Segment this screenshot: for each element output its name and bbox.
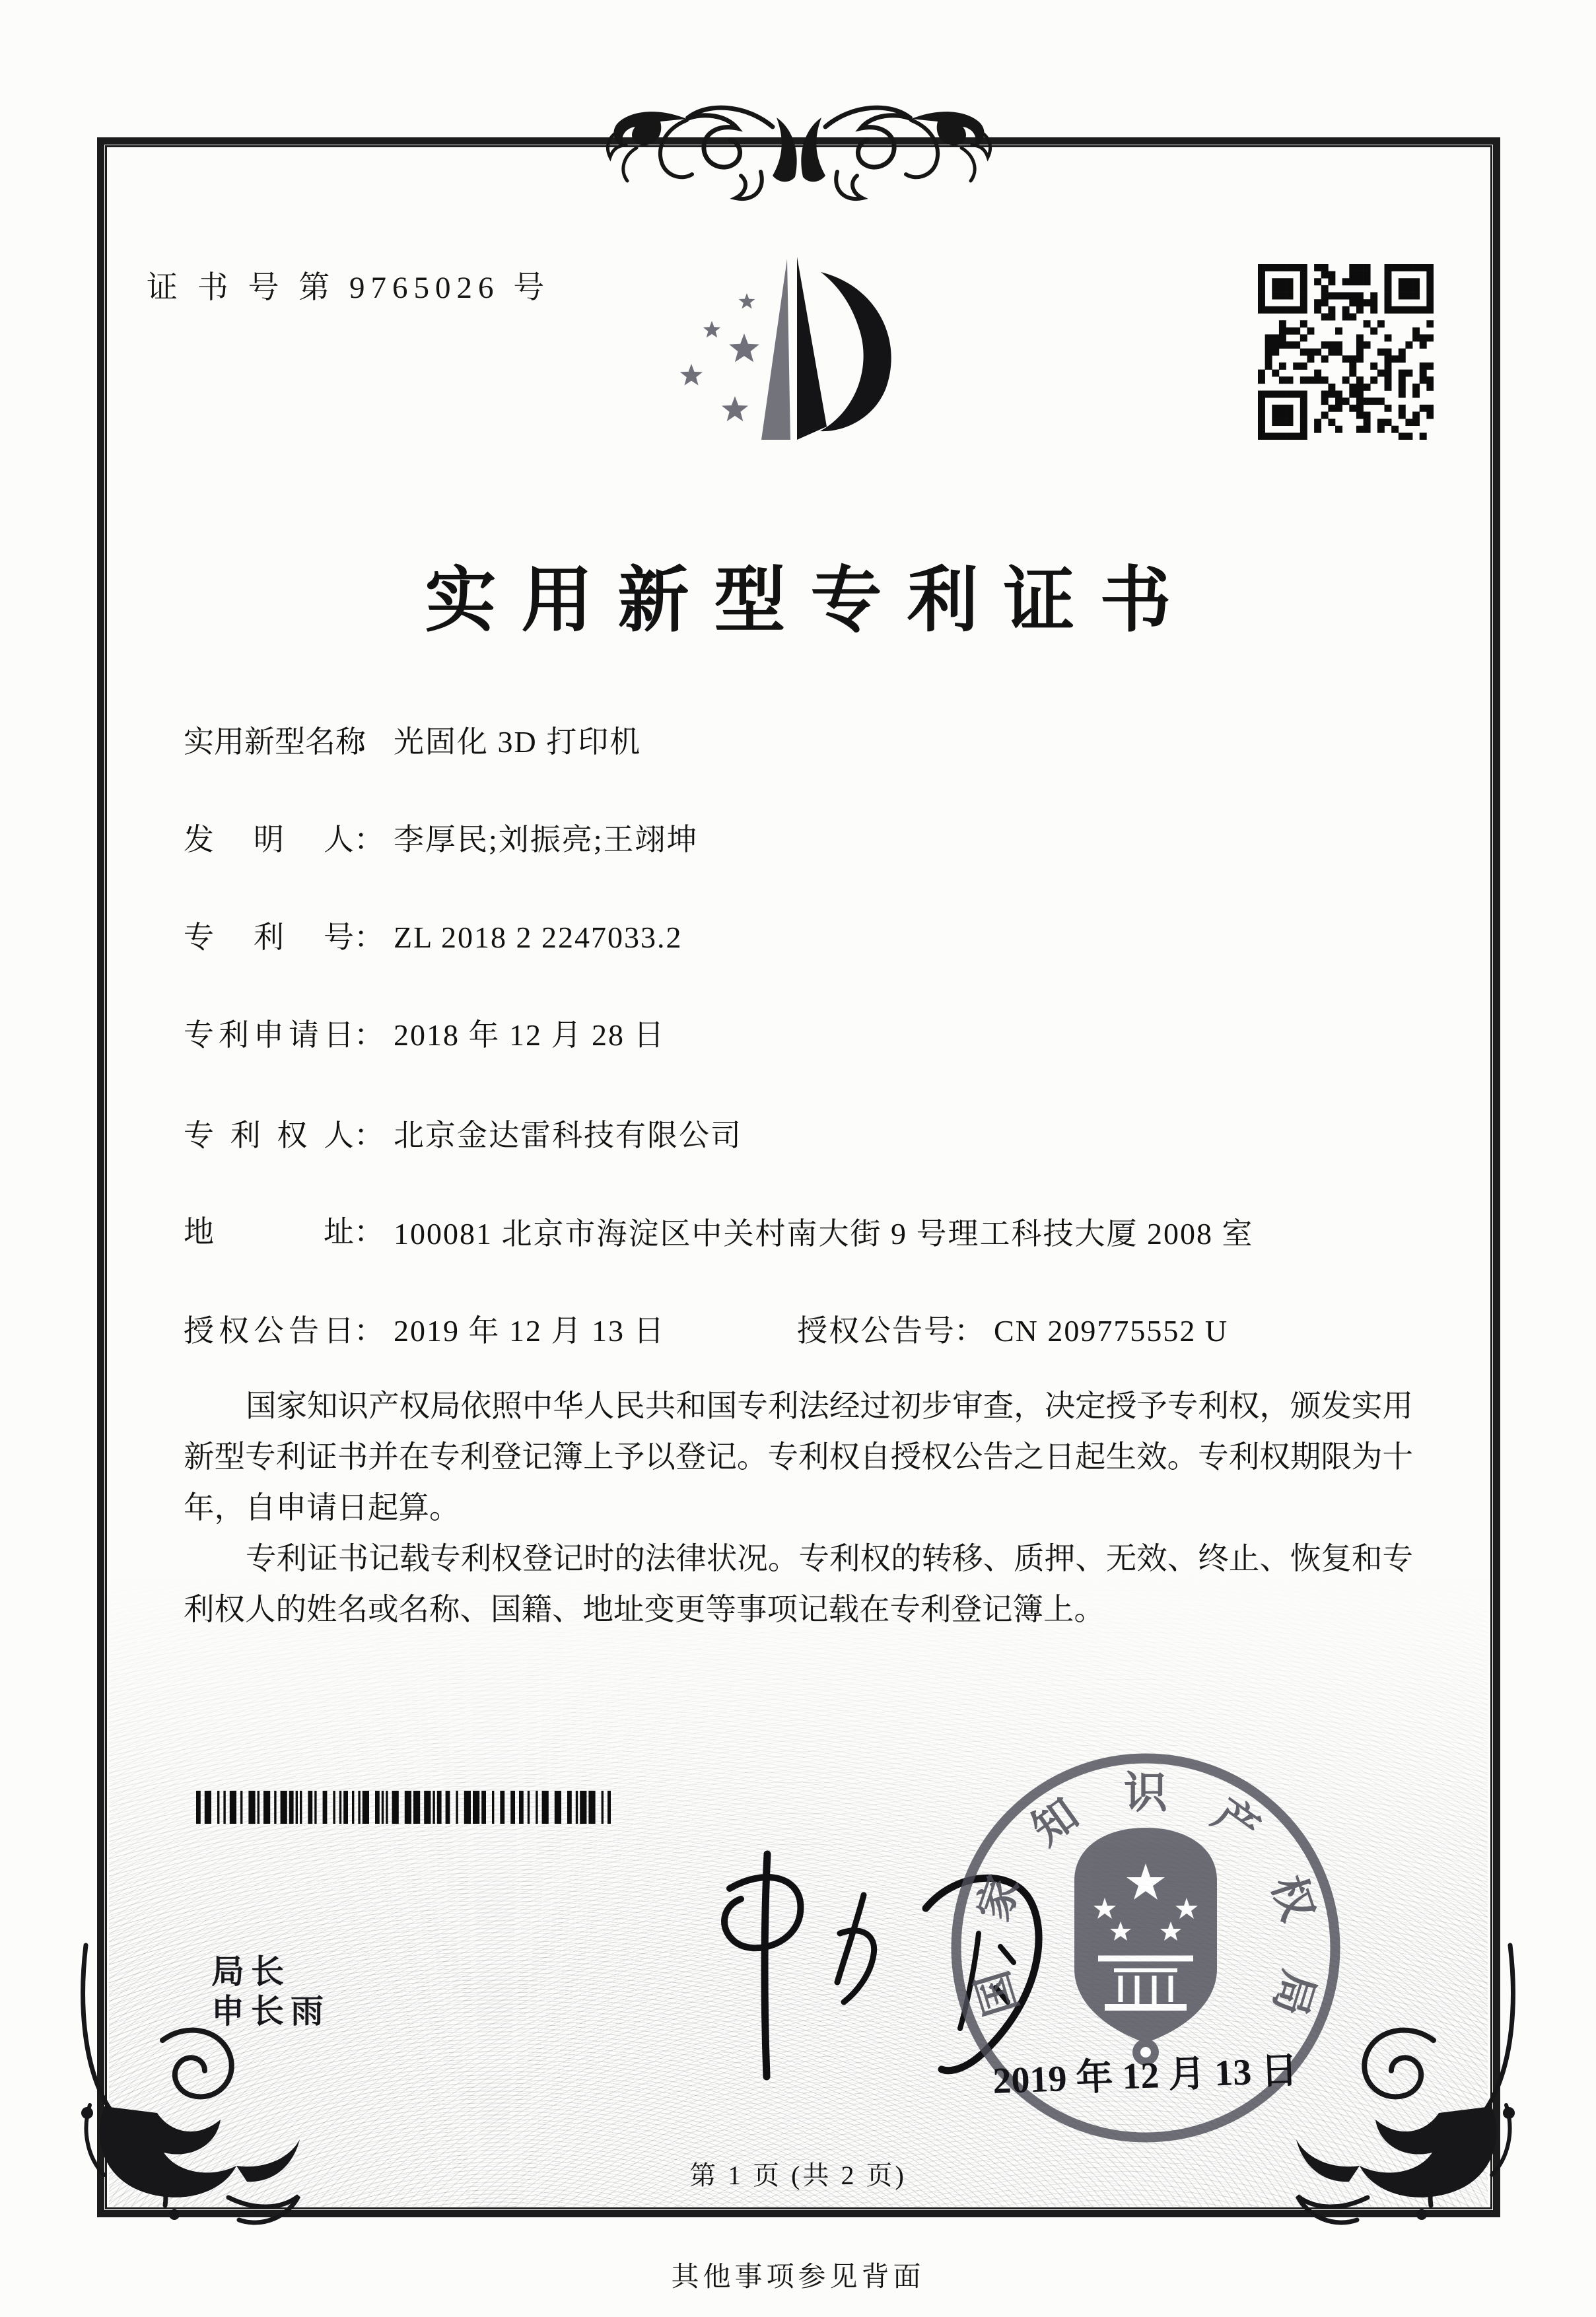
seal-char: 局: [1264, 1965, 1323, 2021]
grant-number-pair: 授权公告号：CN 209775552 U: [797, 1310, 1228, 1352]
legal-paragraph-1: 国家知识产权局依照中华人民共和国专利法经过初步审查，决定授予专利权，颁发实用新型…: [184, 1381, 1413, 1534]
logo-stars: [680, 293, 759, 421]
colon: ：: [354, 916, 384, 959]
field-value: 2019 年 12 月 13 日: [394, 1310, 666, 1352]
seal-char: 国: [969, 1965, 1027, 2021]
field-label: 地址: [184, 1211, 354, 1253]
field-value: 100081 北京市海淀区中关村南大街 9 号理工科技大厦 2008 室: [394, 1211, 1254, 1257]
legal-paragraph-2: 专利证书记载专利权登记时的法律状况。专利权的转移、质押、无效、终止、恢复和专利权…: [184, 1534, 1413, 1636]
colon: ：: [354, 1115, 384, 1157]
field-value: 2018 年 12 月 28 日: [394, 1014, 666, 1056]
national-emblem: [1074, 1828, 1217, 2065]
field-value: 光固化 3D 打印机: [394, 721, 641, 763]
certificate-number: 证 书 号 第 9765026 号: [147, 263, 550, 307]
qr-code: [1258, 264, 1434, 440]
field-label: 发明人: [184, 819, 354, 861]
field-row-address: 地址：100081 北京市海淀区中关村南大街 9 号理工科技大厦 2008 室: [184, 1211, 1346, 1257]
field-label: 授权公告号: [797, 1310, 954, 1352]
field-label: 授权公告日: [184, 1310, 354, 1352]
logo-crescent: [820, 272, 891, 431]
field-row-inventors: 发明人：李厚民;刘振亮;王翊坤: [184, 819, 699, 861]
page-number: 第 1 页 (共 2 页): [0, 2155, 1596, 2192]
field-row-patentee: 专利权人：北京金达雷科技有限公司: [184, 1115, 742, 1157]
colon: ：: [954, 1310, 985, 1352]
director-name: 申长雨: [211, 1985, 330, 2032]
colon: ：: [354, 819, 384, 861]
field-row-grant: 授权公告日：2019 年 12 月 13 日 授权公告号：CN 20977555…: [184, 1310, 666, 1352]
top-dragon-ornament: [541, 92, 1057, 225]
colon: ：: [354, 1211, 384, 1253]
patent-certificate-page: { "page": { "colon": "：", "cert_no": "证 …: [0, 0, 1596, 2317]
back-side-note: 其他事项参见背面: [0, 2255, 1596, 2295]
field-row-patent-no: 专利号：ZL 2018 2 2247033.2: [184, 916, 683, 959]
field-value: ZL 2018 2 2247033.2: [394, 916, 683, 959]
barcode: [196, 1791, 611, 1824]
official-seal: 国家知识产权局 2019 年 12 月 13 日: [941, 1743, 1350, 2153]
logo-wedge-black: [797, 257, 827, 440]
cnipa-logo: [680, 252, 911, 457]
field-label: 专利申请日: [184, 1014, 354, 1056]
field-row-filing-date: 专利申请日：2018 年 12 月 28 日: [184, 1014, 666, 1056]
colon: ：: [354, 1310, 384, 1352]
field-label: 专利号: [184, 916, 354, 959]
seal-char: 识: [1124, 1770, 1169, 1818]
field-value: 北京金达雷科技有限公司: [394, 1115, 742, 1157]
field-row-name: 实用新型名称：光固化 3D 打印机: [184, 721, 641, 763]
logo-wedge-gray: [761, 259, 790, 440]
field-value: CN 209775552 U: [994, 1310, 1228, 1352]
field-value: 李厚民;刘振亮;王翊坤: [394, 819, 699, 861]
colon: ：: [354, 721, 384, 763]
seal-char: 权: [1263, 1870, 1322, 1927]
legal-text: 国家知识产权局依照中华人民共和国专利法经过初步审查，决定授予专利权，颁发实用新型…: [184, 1381, 1413, 1636]
certificate-title: 实用新型专利证书: [0, 543, 1596, 645]
seal-date: 2019 年 12 月 13 日: [992, 2050, 1298, 2102]
field-label: 专利权人: [184, 1115, 354, 1157]
seal-char: 家: [969, 1870, 1029, 1927]
field-label: 实用新型名称: [184, 721, 354, 763]
colon: ：: [354, 1014, 384, 1056]
